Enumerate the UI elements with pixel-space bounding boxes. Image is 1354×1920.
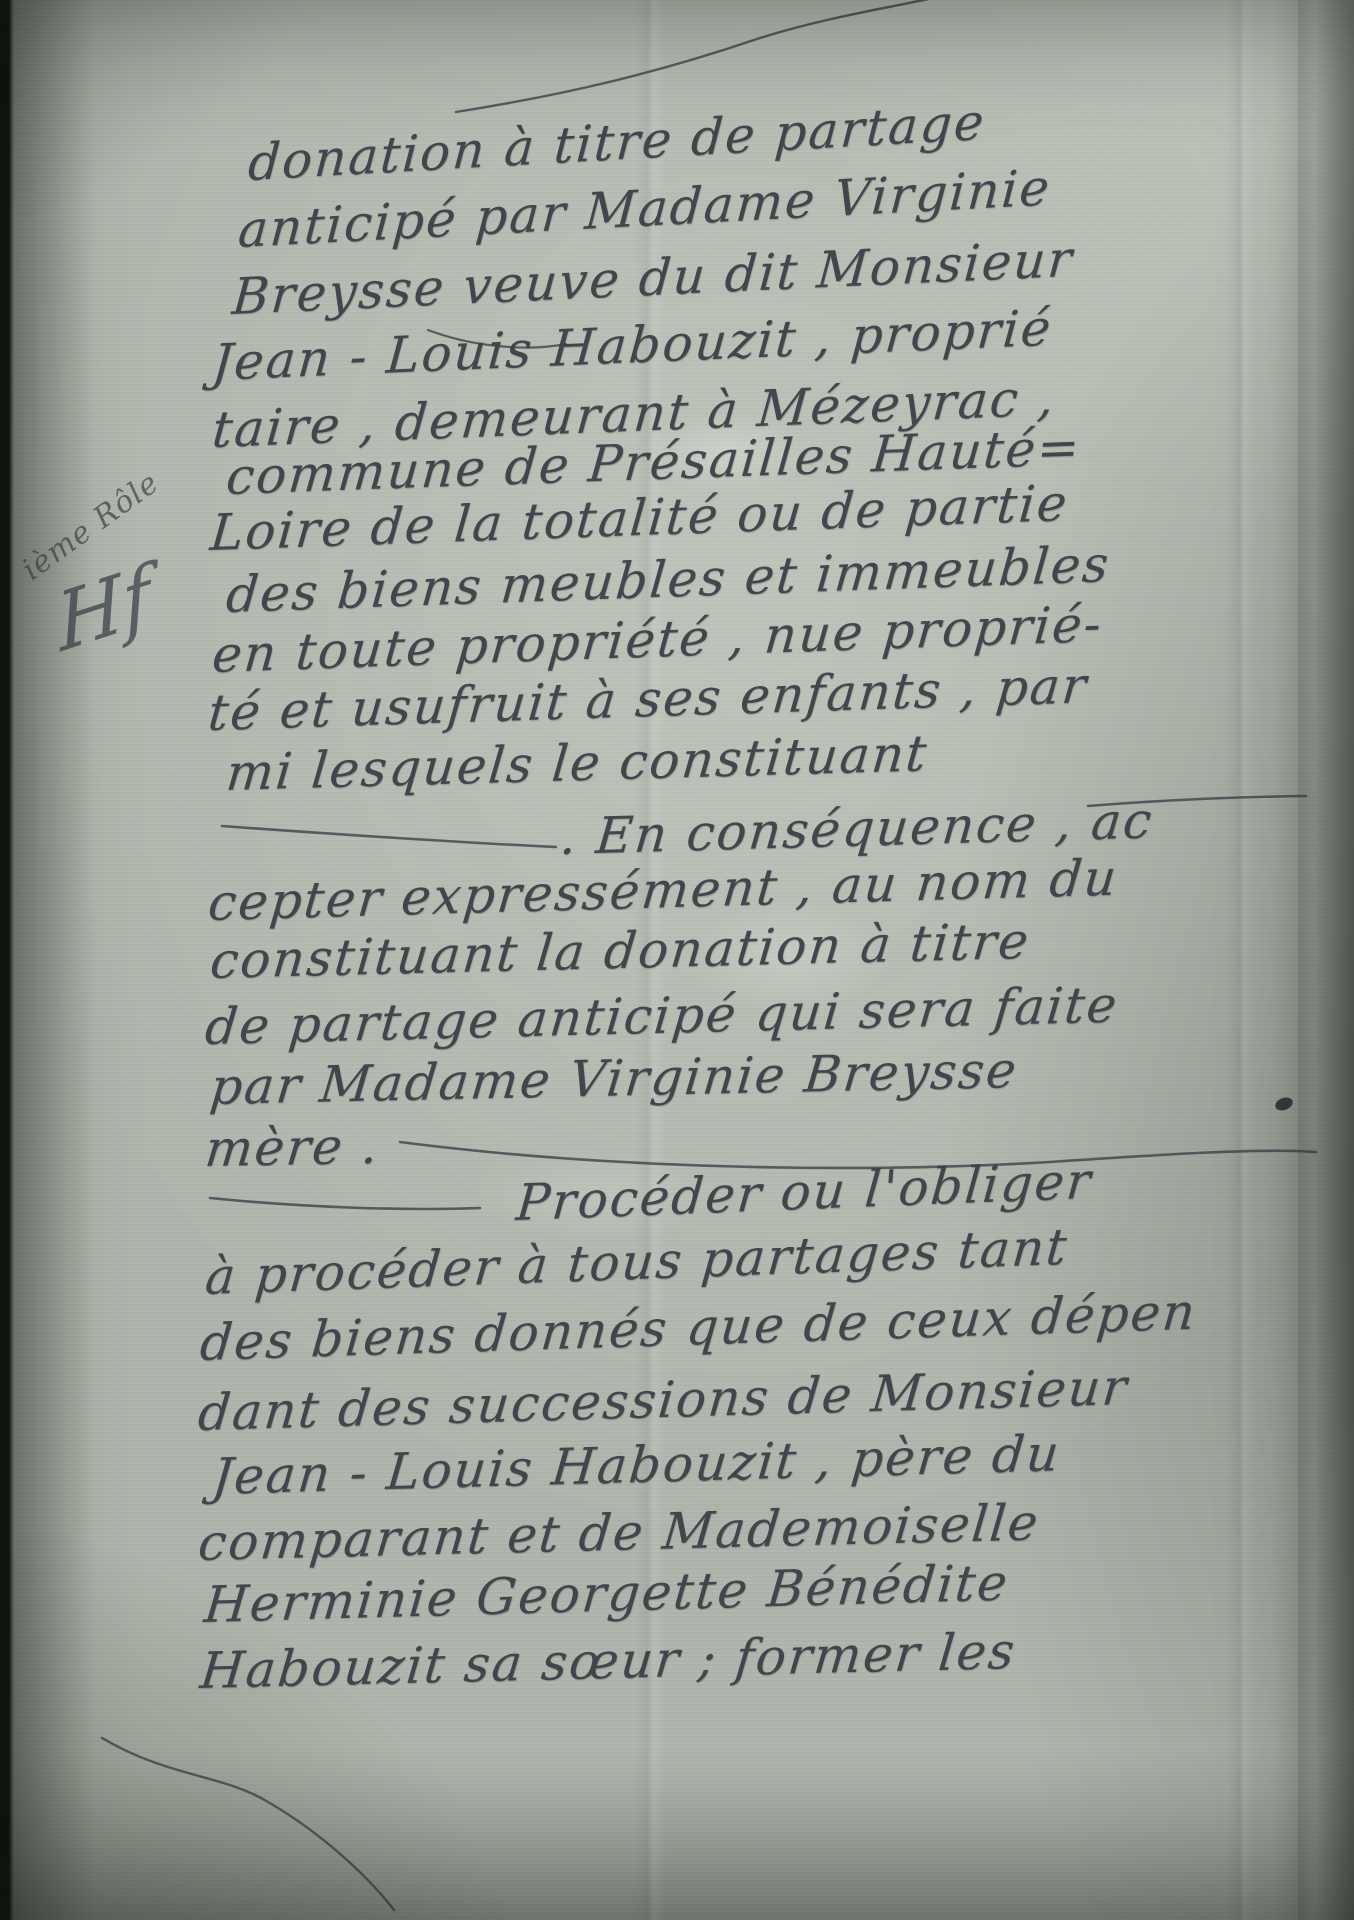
manuscript-line: Procéder ou l'obliger — [514, 1156, 1094, 1228]
manuscript-line: Jean - Louis Habouzit , père du — [210, 1428, 1063, 1502]
page-edge-right — [1298, 0, 1354, 1920]
manuscript-line: Habouzit sa sœur ; former les — [198, 1626, 1018, 1696]
photo-left-edge — [0, 0, 14, 1920]
manuscript-page: ième Rôle Hf donation à titre de partage… — [0, 0, 1354, 1920]
manuscript-line: par Madame Virginie Breysse — [208, 1045, 1020, 1112]
rule-before-consequence — [222, 826, 556, 847]
bottom-flourish-stroke — [102, 1738, 394, 1910]
rule-before-proceder — [210, 1198, 480, 1209]
margin-paraph-initials: Hf — [53, 549, 155, 670]
paper-crease-right — [1228, 0, 1254, 1920]
manuscript-line: mi lesquels le constituant — [224, 728, 930, 798]
top-flourish-stroke — [456, 0, 942, 112]
manuscript-line: mère . — [203, 1121, 383, 1174]
ink-blot — [1273, 1095, 1294, 1112]
